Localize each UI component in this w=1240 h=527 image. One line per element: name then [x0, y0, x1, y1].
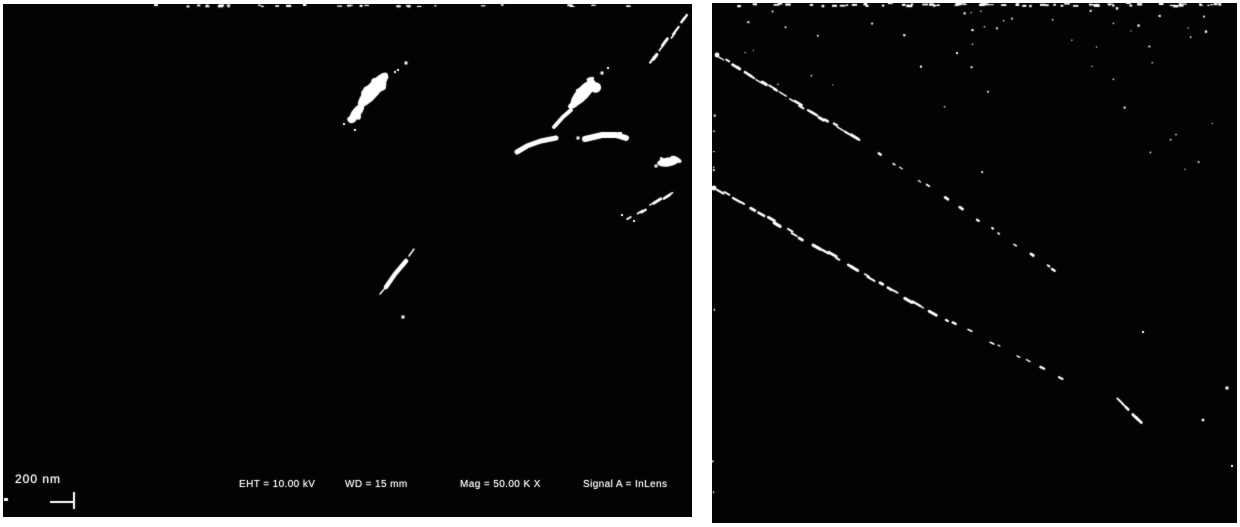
metadata-working-distance: WD = 15 mm: [345, 479, 408, 490]
sem-micrograph-right: [712, 3, 1237, 523]
metadata-eht: EHT = 10.00 kV: [239, 479, 315, 490]
metadata-magnification: Mag = 50.00 K X: [460, 479, 541, 490]
left-sem-image-canvas: [3, 4, 692, 517]
metadata-signal: Signal A = InLens: [583, 479, 667, 490]
figure-two-sem-images: 200 nm EHT = 10.00 kV WD = 15 mm Mag = 5…: [0, 0, 1240, 527]
scale-bar-label: 200 nm: [15, 472, 61, 486]
right-sem-image-canvas: [712, 3, 1237, 523]
sem-micrograph-left: 200 nm EHT = 10.00 kV WD = 15 mm Mag = 5…: [3, 4, 692, 517]
